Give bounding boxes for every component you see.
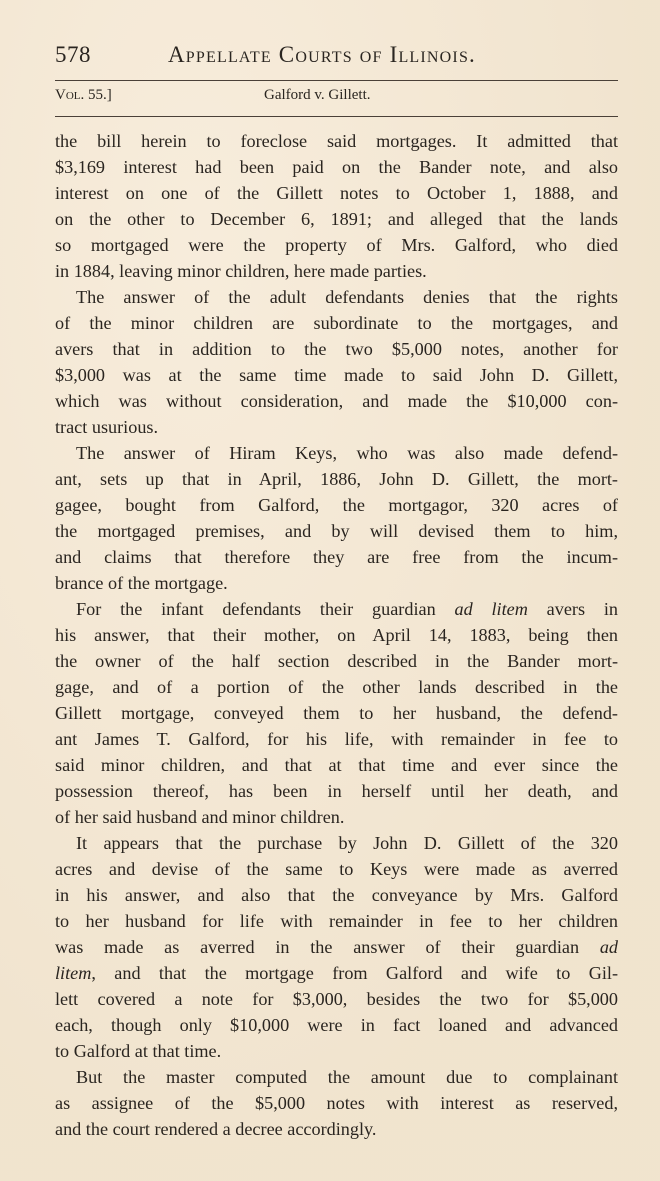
text-line: on the other to December 6, 1891; and al… (55, 206, 618, 232)
text-segment: , and that the mortgage from Galford and… (91, 963, 618, 983)
text-line: the mortgaged premises, and by will devi… (55, 518, 618, 544)
text-line: said minor children, and that at that ti… (55, 752, 618, 778)
header-rule-bottom (55, 116, 618, 117)
text-line: which was without consideration, and mad… (55, 388, 618, 414)
text-line: For the infant defendants their guardian… (55, 596, 618, 622)
text-line: to Galford at that time. (55, 1038, 618, 1064)
book-title: Appellate Courts of Illinois. (168, 42, 476, 68)
text-line: and the court rendered a decree accordin… (55, 1116, 618, 1142)
text-line: litem, and that the mortgage from Galfor… (55, 960, 618, 986)
text-line: possession thereof, has been in herself … (55, 778, 618, 804)
text-line: ant, sets up that in April, 1886, John D… (55, 466, 618, 492)
text-segment: For the infant defendants their guardian (76, 599, 454, 619)
text-line: his answer, that their mother, on April … (55, 622, 618, 648)
text-line: and claims that therefore they are free … (55, 544, 618, 570)
text-line: gage, and of a portion of the other land… (55, 674, 618, 700)
text-line: $3,169 interest had been paid on the Ban… (55, 154, 618, 180)
text-line: of the minor children are subordinate to… (55, 310, 618, 336)
text-line: brance of the mortgage. (55, 570, 618, 596)
text-line: But the master computed the amount due t… (55, 1064, 618, 1090)
text-line: It appears that the purchase by John D. … (55, 830, 618, 856)
text-line: the bill herein to foreclose said mortga… (55, 128, 618, 154)
text-line: acres and devise of the same to Keys wer… (55, 856, 618, 882)
header-rule-top (55, 80, 618, 81)
text-line: The answer of the adult defendants denie… (55, 284, 618, 310)
text-line: lett covered a note for $3,000, besides … (55, 986, 618, 1012)
running-head: 578 Appellate Courts of Illinois. (55, 42, 618, 72)
text-line: so mortgaged were the property of Mrs. G… (55, 232, 618, 258)
case-name: Galford v. Gillett. (264, 87, 371, 104)
text-segment: was made as averred in the answer of the… (55, 937, 600, 957)
text-line: of her said husband and minor children. (55, 804, 618, 830)
text-line: tract usurious. (55, 414, 618, 440)
volume-label: Vol. 55.] (55, 87, 112, 104)
text-line: to her husband for life with remainder i… (55, 908, 618, 934)
text-line: in his answer, and also that the conveya… (55, 882, 618, 908)
text-line: gagee, bought from Galford, the mortgago… (55, 492, 618, 518)
text-line: as assignee of the $5,000 notes with int… (55, 1090, 618, 1116)
text-line: in 1884, leaving minor children, here ma… (55, 258, 618, 284)
text-line: the owner of the half section described … (55, 648, 618, 674)
italic-term: ad litem (454, 599, 527, 619)
italic-term: litem (55, 963, 91, 983)
text-line: The answer of Hiram Keys, who was also m… (55, 440, 618, 466)
text-line: interest on one of the Gillett notes to … (55, 180, 618, 206)
text-line: $3,000 was at the same time made to said… (55, 362, 618, 388)
text-line: Gillett mortgage, conveyed them to her h… (55, 700, 618, 726)
text-line: avers that in addition to the two $5,000… (55, 336, 618, 362)
text-line: each, though only $10,000 were in fact l… (55, 1012, 618, 1038)
text-line: ant James T. Galford, for his life, with… (55, 726, 618, 752)
body-text: the bill herein to foreclose said mortga… (55, 128, 618, 1142)
sub-head: Vol. 55.] Galford v. Gillett. (55, 87, 618, 109)
page-number: 578 (55, 42, 91, 68)
italic-term: ad (600, 937, 618, 957)
text-line: was made as averred in the answer of the… (55, 934, 618, 960)
text-segment: avers in (528, 599, 618, 619)
